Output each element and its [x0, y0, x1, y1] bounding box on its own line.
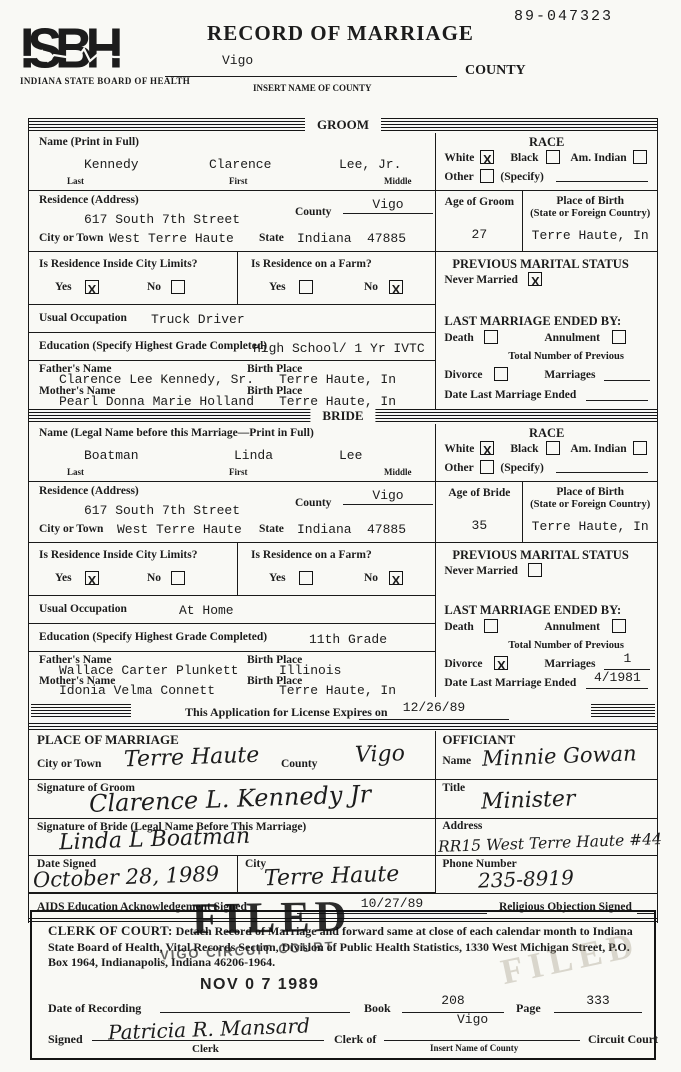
county-hint: INSERT NAME OF COUNTY — [253, 83, 371, 93]
groom-limits-yes-checkbox: X — [85, 280, 99, 294]
first-caption: First — [229, 176, 248, 186]
groom-state: Indiana — [297, 231, 352, 246]
last-caption: Last — [67, 176, 84, 186]
bride-race-cell: RACE White X Black Am. Indian Other (Spe… — [436, 424, 657, 482]
residence-label: Residence (Address) — [39, 194, 139, 207]
checkbox-mark: X — [483, 152, 492, 167]
groom-county: Vigo — [372, 197, 403, 212]
specify-label: (Specify) — [500, 462, 543, 475]
bride-limits-no-checkbox — [171, 571, 185, 585]
bride-zip: 47885 — [367, 522, 406, 537]
date-last-ended-label: Date Last Marriage Ended — [444, 677, 576, 690]
bride-race-indian-checkbox — [633, 441, 647, 455]
black-label: Black — [510, 443, 538, 456]
license-expiry-label: This Application for License Expires on — [185, 706, 388, 719]
yes-label: Yes — [55, 281, 72, 294]
clerk-caption: Clerk — [192, 1043, 219, 1056]
officiant-column: OFFICIANT Name Minnie Gowan Title Minist… — [435, 731, 657, 893]
divider — [237, 543, 238, 595]
state-label: State — [259, 232, 284, 245]
date-of-recording-label: Date of Recording — [48, 1002, 141, 1015]
specify-label: (Specify) — [500, 171, 543, 184]
no-label: No — [147, 572, 161, 585]
city-limits-label: Is Residence Inside City Limits? — [39, 549, 197, 562]
marriage-record-document: ISBH INDIANA STATE BOARD OF HEALTH RECOR… — [0, 0, 681, 1072]
bride-state: Indiana — [297, 522, 352, 537]
filed-stamp: FILED — [192, 895, 352, 942]
groom-last-name: Kennedy — [84, 157, 139, 172]
marriage-left-column: PLACE OF MARRIAGE City or Town Terre Hau… — [29, 731, 435, 893]
bride-section-bar: BRIDE — [29, 409, 657, 424]
bride-date-last-ended: 4/1981 — [594, 670, 641, 685]
book-line: 208 — [402, 991, 504, 1013]
middle-caption: Middle — [384, 467, 412, 477]
license-expiry-row: This Application for License Expires on … — [29, 697, 657, 723]
groom-never-married-checkbox: X — [528, 272, 542, 286]
previous-marital-heading: PREVIOUS MARITAL STATUS — [452, 257, 628, 271]
document-number: 89-047323 — [514, 9, 613, 25]
bride-signature-row: Signature of Bride (Legal Name Before Th… — [29, 819, 435, 856]
state-label: State — [259, 523, 284, 536]
groom-age-birth-cell: Age of Groom 27 Place of Birth (State or… — [436, 191, 657, 252]
middle-caption: Middle — [384, 176, 412, 186]
clerk-signature-line — [92, 1022, 324, 1041]
bride-limits-farm-row: Is Residence Inside City Limits? Yes X N… — [29, 543, 435, 596]
bride-age-box: Age of Bride 35 — [436, 482, 523, 542]
no-label: No — [364, 572, 378, 585]
groom-limits-farm-row: Is Residence Inside City Limits? Yes X N… — [29, 252, 435, 305]
marriage-county-handwritten: Vigo — [355, 743, 406, 767]
marriage-city-handwritten: Terre Haute — [124, 745, 260, 772]
checkbox-mark: X — [531, 274, 540, 289]
groom-annulment-checkbox — [612, 330, 626, 344]
bride-address: 617 South 7th Street — [84, 503, 240, 518]
license-expiry-date: 12/26/89 — [403, 700, 465, 715]
place-of-marriage-section: PLACE OF MARRIAGE City or Town Terre Hau… — [29, 731, 657, 893]
license-expiry-line: 12/26/89 — [359, 698, 509, 720]
age-of-groom-label: Age of Groom — [436, 196, 522, 209]
bride-first-name: Linda — [234, 448, 273, 463]
am-indian-label: Am. Indian — [570, 152, 626, 165]
groom-county-underline: Vigo — [343, 195, 433, 214]
city-or-town-label: City or Town — [37, 758, 101, 771]
checkbox-mark: X — [88, 573, 97, 588]
groom-date-last-ended-line — [586, 380, 648, 401]
officiant-phone-row: Phone Number 235-8919 — [436, 856, 657, 892]
marriage-city-row: PLACE OF MARRIAGE City or Town Terre Hau… — [29, 731, 435, 780]
bride-education-row: Education (Specify Highest Grade Complet… — [29, 624, 435, 652]
groom-race-indian-checkbox — [633, 150, 647, 164]
occupation-label: Usual Occupation — [39, 603, 127, 616]
bride-section: Name (Legal Name before this Marriage—Pr… — [29, 424, 657, 697]
bride-birthplace-box: Place of Birth (State or Foreign Country… — [523, 482, 657, 542]
bride-residence-row: Residence (Address) 617 South 7th Street… — [29, 482, 435, 543]
groom-occupation: Truck Driver — [151, 312, 245, 327]
bride-education: 11th Grade — [309, 632, 387, 647]
city-limits-label: Is Residence Inside City Limits? — [39, 258, 197, 271]
officiant-phone-handwritten: 235-8919 — [478, 866, 575, 891]
officiant-name-handwritten: Minnie Gowan — [482, 742, 637, 769]
bride-last-name: Boatman — [84, 448, 139, 463]
officiant-address-row: Address RR15 West Terre Haute #44 — [436, 819, 657, 856]
isbh-logo: ISBH INDIANA STATE BOARD OF HEALTH — [20, 26, 170, 86]
age-of-bride-label: Age of Bride — [436, 487, 522, 500]
previous-marital-heading: PREVIOUS MARITAL STATUS — [452, 548, 628, 562]
stripe-block — [31, 704, 131, 717]
county-field-label: County — [295, 206, 331, 219]
groom-section-bar: GROOM — [29, 118, 657, 133]
marriage-city2-handwritten: Terre Haute — [264, 864, 400, 891]
groom-education: High School/ 1 Yr IVTC — [253, 341, 425, 356]
groom-residence-row: Residence (Address) 617 South 7th Street… — [29, 191, 435, 252]
groom-age-box: Age of Groom 27 — [436, 191, 523, 251]
groom-city: West Terre Haute — [109, 231, 234, 246]
occupation-label: Usual Occupation — [39, 312, 127, 325]
groom-first-name: Clarence — [209, 157, 271, 172]
never-married-label: Never Married — [444, 565, 518, 578]
officiant-title-label: Title — [442, 782, 465, 795]
officiant-name-row: OFFICIANT Name Minnie Gowan — [436, 731, 657, 780]
bride-mother-birthplace: Terre Haute, In — [279, 683, 396, 698]
never-married-label: Never Married — [444, 274, 518, 287]
city-or-town-label: City or Town — [39, 232, 103, 245]
groom-race-other-checkbox — [480, 169, 494, 183]
bride-farm-yes-checkbox — [299, 571, 313, 585]
groom-section: Name (Print in Full) Kennedy Clarence Le… — [29, 133, 657, 409]
stripe-block — [591, 704, 655, 717]
clerk-county-line — [384, 1022, 580, 1041]
heavy-divider — [29, 723, 657, 731]
white-label: White — [444, 152, 474, 165]
education-label: Education (Specify Highest Grade Complet… — [39, 340, 267, 353]
groom-left-column: Name (Print in Full) Kennedy Clarence Le… — [29, 133, 435, 409]
bride-occupation: At Home — [179, 603, 234, 618]
other-label: Other — [444, 171, 473, 184]
marriage-form: GROOM Name (Print in Full) Kennedy Clare… — [28, 118, 658, 923]
aids-signed-date: 10/27/89 — [361, 896, 423, 911]
clerk-of-label: Clerk of — [334, 1033, 376, 1046]
groom-mother-birthplace: Terre Haute, In — [279, 394, 396, 409]
bride-signature: Linda L Boatman — [59, 826, 251, 855]
groom-farm-yes-checkbox — [299, 280, 313, 294]
yes-label: Yes — [55, 572, 72, 585]
groom-occupation-row: Usual Occupation Truck Driver — [29, 305, 435, 333]
page-title: RECORD OF MARRIAGE — [207, 22, 474, 44]
date-last-ended-label: Date Last Marriage Ended — [444, 389, 576, 402]
bride-county-underline: Vigo — [343, 486, 433, 505]
ekg-line-icon — [20, 46, 142, 64]
page-line: 333 — [554, 991, 642, 1013]
groom-address: 617 South 7th Street — [84, 212, 240, 227]
yes-label: Yes — [269, 572, 286, 585]
bride-date-last-ended-line: 4/1981 — [586, 668, 648, 689]
other-label: Other — [444, 462, 473, 475]
bride-race-white-checkbox: X — [480, 441, 494, 455]
page-number: 333 — [586, 993, 609, 1008]
divider — [237, 856, 238, 892]
groom-zip: 47885 — [367, 231, 406, 246]
groom-prev-marriages-line — [604, 360, 650, 381]
officiant-address-label: Address — [442, 820, 482, 833]
no-label: No — [147, 281, 161, 294]
annulment-label: Annulment — [544, 332, 600, 345]
groom-middle-name: Lee, Jr. — [339, 157, 401, 172]
bride-death-checkbox — [484, 619, 498, 633]
circuit-court-label: Circuit Court — [588, 1033, 658, 1046]
groom-name-label: Name (Print in Full) — [39, 136, 139, 149]
education-label: Education (Specify Highest Grade Complet… — [39, 631, 267, 644]
officiant-title-row: Title Minister — [436, 780, 657, 819]
groom-race-specify-line — [556, 165, 648, 182]
death-label: Death — [444, 621, 473, 634]
divider — [237, 252, 238, 304]
insert-county-caption: Insert Name of County — [430, 1043, 518, 1053]
bride-birthplace: Terre Haute, In — [523, 519, 657, 534]
groom-farm-no-checkbox: X — [389, 280, 403, 294]
book-label: Book — [364, 1002, 391, 1015]
city-or-town-label: City or Town — [39, 523, 103, 536]
bride-mother: Idonia Velma Connett — [59, 683, 215, 698]
bride-name-row: Name (Legal Name before this Marriage—Pr… — [29, 424, 435, 482]
bride-prev-marriages-line: 1 — [604, 649, 650, 670]
checkbox-mark: X — [88, 282, 97, 297]
divorce-label: Divorce — [444, 369, 482, 382]
bride-city: West Terre Haute — [117, 522, 242, 537]
county-field-label: County — [281, 758, 317, 771]
annulment-label: Annulment — [544, 621, 600, 634]
groom-birthplace-box: Place of Birth (State or Foreign Country… — [523, 191, 657, 251]
bride-annulment-checkbox — [612, 619, 626, 633]
county-field-label: County — [295, 497, 331, 510]
book-number: 208 — [441, 993, 464, 1008]
groom-right-column: RACE White X Black Am. Indian Other (Spe… — [435, 133, 657, 409]
white-label: White — [444, 443, 474, 456]
date-of-recording-line — [160, 994, 350, 1013]
bride-prev-marriages: 1 — [623, 651, 631, 666]
bride-middle-name: Lee — [339, 448, 362, 463]
officiant-title-handwritten: Minister — [481, 788, 576, 813]
groom-education-row: Education (Specify Highest Grade Complet… — [29, 333, 435, 361]
groom-limits-no-checkbox — [171, 280, 185, 294]
farm-label: Is Residence on a Farm? — [251, 549, 372, 562]
page-label: Page — [516, 1002, 541, 1015]
groom-birthplace: Terre Haute, In — [523, 228, 657, 243]
yes-label: Yes — [269, 281, 286, 294]
groom-race-black-checkbox — [546, 150, 560, 164]
county-label: COUNTY — [465, 63, 526, 78]
bride-race-specify-line — [556, 456, 648, 473]
groom-parents-row: Father's Name Birth Place Clarence Lee K… — [29, 361, 435, 409]
race-heading: RACE — [436, 426, 657, 440]
county-underline — [165, 56, 457, 77]
recording-date-stamp: NOV 0 7 1989 — [200, 976, 319, 993]
first-caption: First — [229, 467, 248, 477]
groom-divorce-checkbox — [494, 367, 508, 381]
bride-limits-yes-checkbox: X — [85, 571, 99, 585]
bride-farm-no-checkbox: X — [389, 571, 403, 585]
date-signed-handwritten: October 28, 1989 — [33, 863, 220, 891]
bride-left-column: Name (Legal Name before this Marriage—Pr… — [29, 424, 435, 697]
last-marriage-heading: LAST MARRIAGE ENDED BY: — [444, 314, 621, 328]
race-heading: RACE — [436, 135, 657, 149]
death-label: Death — [444, 332, 473, 345]
clerk-heading: CLERK OF COURT: — [48, 923, 173, 938]
officiant-name-label: Name — [442, 755, 471, 768]
am-indian-label: Am. Indian — [570, 443, 626, 456]
groom-death-checkbox — [484, 330, 498, 344]
clerk-of-court-box: CLERK OF COURT: Detach Record of Marriag… — [30, 910, 656, 1060]
bride-age: 35 — [436, 518, 522, 533]
bride-marital-cell: PREVIOUS MARITAL STATUS Never Married LA… — [436, 543, 657, 694]
groom-signature: Clarence L. Kennedy Jr — [89, 783, 372, 815]
groom-name-row: Name (Print in Full) Kennedy Clarence Le… — [29, 133, 435, 191]
bride-section-title: BRIDE — [310, 408, 375, 424]
bride-county: Vigo — [372, 488, 403, 503]
bride-race-other-checkbox — [480, 460, 494, 474]
checkbox-mark: X — [392, 573, 401, 588]
checkbox-mark: X — [483, 443, 492, 458]
bride-right-column: RACE White X Black Am. Indian Other (Spe… — [435, 424, 657, 697]
bride-age-birth-cell: Age of Bride 35 Place of Birth (State or… — [436, 482, 657, 543]
groom-age: 27 — [436, 227, 522, 242]
residence-label: Residence (Address) — [39, 485, 139, 498]
date-signed-row: Date Signed October 28, 1989 City Terre … — [29, 856, 435, 893]
bride-race-black-checkbox — [546, 441, 560, 455]
place-of-marriage-heading: PLACE OF MARRIAGE — [37, 733, 179, 747]
bride-parents-row: Father's Name Birth Place Wallace Carter… — [29, 652, 435, 697]
groom-race-cell: RACE White X Black Am. Indian Other (Spe… — [436, 133, 657, 191]
groom-marital-cell: PREVIOUS MARITAL STATUS Never Married X … — [436, 252, 657, 406]
signed-label: Signed — [48, 1033, 83, 1046]
black-label: Black — [510, 152, 538, 165]
bride-name-label: Name (Legal Name before this Marriage—Pr… — [39, 427, 314, 440]
bride-never-married-checkbox — [528, 563, 542, 577]
farm-label: Is Residence on a Farm? — [251, 258, 372, 271]
place-of-birth-sublabel: (State or Foreign Country) — [523, 498, 657, 511]
groom-section-title: GROOM — [305, 117, 381, 133]
groom-race-white-checkbox: X — [480, 150, 494, 164]
bride-occupation-row: Usual Occupation At Home — [29, 596, 435, 624]
divorce-label: Divorce — [444, 658, 482, 671]
groom-signature-row: Signature of Groom Clarence L. Kennedy J… — [29, 780, 435, 819]
checkbox-mark: X — [392, 282, 401, 297]
last-marriage-heading: LAST MARRIAGE ENDED BY: — [444, 603, 621, 617]
last-caption: Last — [67, 467, 84, 477]
groom-mother: Pearl Donna Marie Holland — [59, 394, 254, 409]
bride-divorce-checkbox: X — [494, 656, 508, 670]
no-label: No — [364, 281, 378, 294]
checkbox-mark: X — [497, 658, 506, 673]
place-of-birth-sublabel: (State or Foreign Country) — [523, 207, 657, 220]
